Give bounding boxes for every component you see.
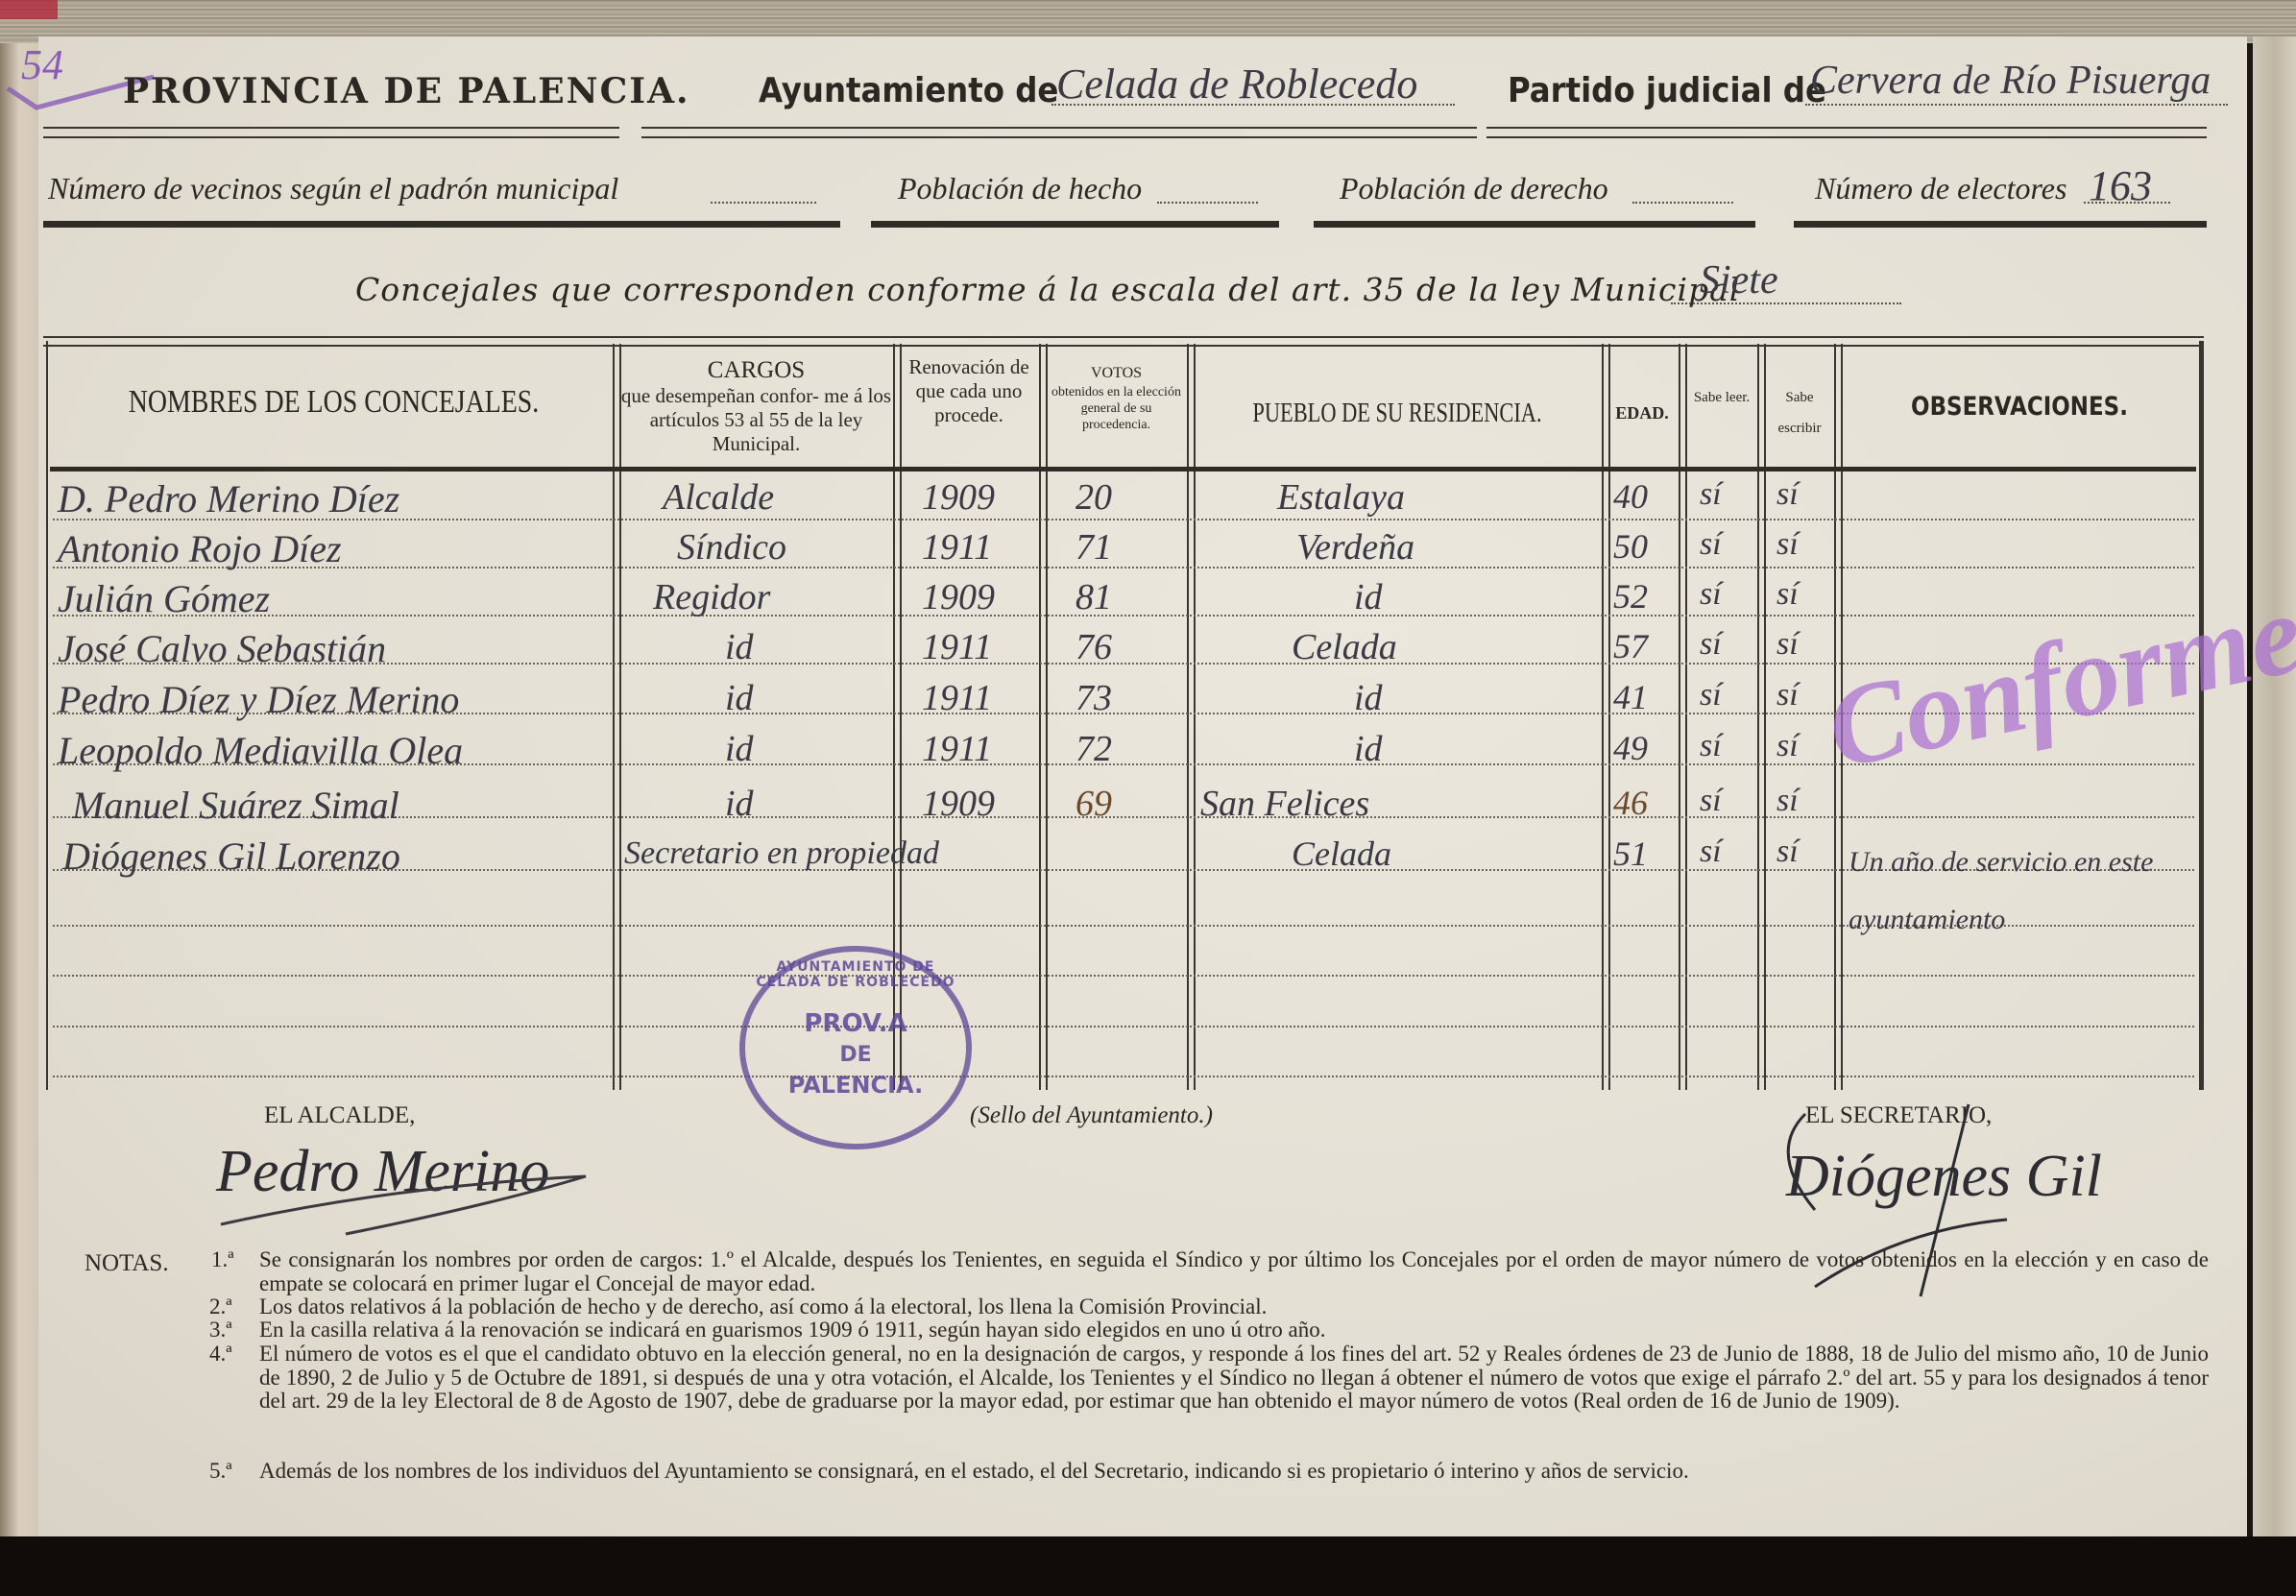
alcalde-label: EL ALCALDE, bbox=[264, 1102, 415, 1129]
cell-renovacion: 1911 bbox=[922, 526, 992, 568]
cell-edad: 51 bbox=[1613, 834, 1648, 874]
cell-edad: 52 bbox=[1613, 576, 1648, 617]
cell-renovacion: 1909 bbox=[922, 783, 995, 825]
header-edad: EDAD. bbox=[1606, 403, 1679, 423]
cell-leer: sí bbox=[1700, 677, 1722, 713]
row-line-11 bbox=[53, 1026, 2194, 1028]
partido-label: Partido judicial de bbox=[1508, 71, 1826, 110]
cell-leer: sí bbox=[1700, 476, 1722, 513]
electores-value: 163 bbox=[2089, 161, 2152, 210]
stamp-line-3: PALENCIA. bbox=[745, 1072, 966, 1099]
cell-votos: 69 bbox=[1075, 783, 1112, 825]
alcalde-signature-flourish-icon bbox=[202, 1167, 605, 1244]
cell-nombre: Leopoldo Mediavilla Olea bbox=[58, 728, 463, 773]
cell-cargo: Regidor bbox=[653, 576, 770, 618]
stamp-outer-text: AYUNTAMIENTO DE CELADA DE ROBLECEDO bbox=[745, 959, 966, 990]
cell-nombre: Julián Gómez bbox=[58, 576, 270, 621]
cell-nombre: Manuel Suárez Simal bbox=[72, 783, 399, 828]
cell-escribir: sí bbox=[1776, 626, 1799, 663]
cell-leer: sí bbox=[1700, 576, 1722, 613]
cell-escribir: sí bbox=[1776, 783, 1799, 819]
header-votos-title: VOTOS bbox=[1047, 365, 1186, 382]
cell-votos: 81 bbox=[1075, 576, 1112, 618]
cell-cargo: id bbox=[725, 783, 754, 825]
stats-rule-1 bbox=[43, 221, 840, 228]
note-text: Los datos relativos á la población de he… bbox=[259, 1295, 2209, 1319]
col-divider-3 bbox=[1039, 344, 1048, 1090]
cell-edad: 49 bbox=[1613, 728, 1648, 768]
vecinos-field bbox=[711, 202, 816, 204]
ayuntamiento-value: Celada de Roblecedo bbox=[1056, 60, 1417, 109]
cell-pueblo: Estalaya bbox=[1277, 476, 1405, 519]
stamp-line-1: PROV.A bbox=[745, 1009, 966, 1038]
cell-cargo: Alcalde bbox=[663, 476, 774, 519]
cell-nombre: Antonio Rojo Díez bbox=[58, 526, 342, 571]
cell-pueblo: Verdeña bbox=[1296, 526, 1414, 568]
cell-leer: sí bbox=[1700, 728, 1722, 764]
cell-edad: 46 bbox=[1613, 783, 1648, 823]
cell-votos: 72 bbox=[1075, 728, 1112, 770]
cell-escribir: sí bbox=[1776, 677, 1799, 713]
cell-votos: 20 bbox=[1075, 476, 1112, 519]
col-divider-6 bbox=[1679, 344, 1687, 1090]
cell-leer: sí bbox=[1700, 783, 1722, 819]
stamp-line-2: DE bbox=[745, 1043, 966, 1067]
page-stack-right-edge bbox=[2253, 36, 2296, 1563]
note-text: Además de los nombres de los individuos … bbox=[259, 1460, 2209, 1484]
row-line-2 bbox=[53, 567, 2194, 568]
col-divider-7 bbox=[1757, 344, 1766, 1090]
header-renovacion: Renovación de que cada uno procede. bbox=[901, 355, 1037, 427]
header-votos-sub: obtenidos en la elección general de su p… bbox=[1047, 384, 1186, 433]
cell-renovacion: 1909 bbox=[922, 476, 995, 519]
note-text: En la casilla relativa á la renovación s… bbox=[259, 1318, 2209, 1342]
cell-leer: sí bbox=[1700, 834, 1722, 870]
header-rule-2 bbox=[641, 127, 1477, 138]
cell-edad: 57 bbox=[1613, 626, 1648, 666]
note-text: El número de votos es el que el candidat… bbox=[259, 1342, 2209, 1414]
cell-escribir: sí bbox=[1776, 526, 1799, 563]
cell-edad: 40 bbox=[1613, 476, 1648, 517]
cell-votos: 76 bbox=[1075, 626, 1112, 668]
header-leer: Sabe leer. bbox=[1687, 382, 1756, 413]
header-rule-1 bbox=[43, 127, 619, 138]
header-cargos-sub: que desempeñan confor- me á los artículo… bbox=[619, 384, 893, 456]
cell-renovacion: 1911 bbox=[922, 677, 992, 719]
row-line-12 bbox=[53, 1076, 2194, 1077]
partido-value: Cervera de Río Pisuerga bbox=[1810, 58, 2211, 104]
cell-edad: 41 bbox=[1613, 677, 1648, 717]
vecinos-label: Número de vecinos según el padrón munici… bbox=[48, 171, 618, 206]
note-number: 2.ª bbox=[209, 1295, 232, 1319]
partido-dotted-line bbox=[1805, 104, 2228, 106]
derecho-label: Población de derecho bbox=[1340, 171, 1608, 206]
province-title: PROVINCIA DE PALENCIA. bbox=[123, 71, 690, 111]
cell-leer: sí bbox=[1700, 526, 1722, 563]
cell-nombre: Diógenes Gil Lorenzo bbox=[62, 834, 400, 879]
row-line-10 bbox=[53, 975, 2194, 977]
hecho-field bbox=[1157, 202, 1258, 204]
cell-cargo: id bbox=[725, 626, 754, 668]
cell-cargo: id bbox=[725, 728, 754, 770]
notes-section: NOTAS. 1.ª Se consignarán los nombres po… bbox=[85, 1248, 2226, 1479]
col-divider-4 bbox=[1187, 344, 1196, 1090]
header-cargos-title: CARGOS bbox=[619, 357, 893, 384]
stats-rule-4 bbox=[1794, 221, 2207, 228]
cell-renovacion: 1911 bbox=[922, 728, 992, 770]
note-number: 5.ª bbox=[209, 1460, 232, 1484]
cell-nombre: Pedro Díez y Díez Merino bbox=[58, 677, 459, 722]
row-line-3 bbox=[53, 615, 2194, 617]
cell-escribir: sí bbox=[1776, 728, 1799, 764]
header-escribir: Sabe escribir bbox=[1766, 382, 1833, 444]
cell-nombre: D. Pedro Merino Díez bbox=[58, 476, 399, 521]
red-bookmark bbox=[0, 0, 58, 19]
note-number: 4.ª bbox=[209, 1342, 232, 1366]
notes-label: NOTAS. bbox=[85, 1252, 169, 1276]
cell-renovacion: 1911 bbox=[922, 626, 992, 668]
stats-rule-3 bbox=[1314, 221, 1755, 228]
concejales-label: Concejales que corresponden conforme á l… bbox=[355, 271, 1740, 308]
cell-pueblo: id bbox=[1354, 576, 1383, 618]
cell-leer: sí bbox=[1700, 626, 1722, 663]
stats-rule-2 bbox=[871, 221, 1279, 228]
col-divider-5 bbox=[1602, 344, 1610, 1090]
header-pueblo: PUEBLO DE SU RESIDENCIA. bbox=[1235, 399, 1559, 429]
cell-votos: 73 bbox=[1075, 677, 1112, 719]
cell-edad: 50 bbox=[1613, 526, 1648, 567]
cell-escribir: sí bbox=[1776, 476, 1799, 513]
cell-pueblo: Celada bbox=[1292, 626, 1397, 668]
cell-cargo: Secretario en propiedad bbox=[624, 835, 939, 872]
sello-label: (Sello del Ayuntamiento.) bbox=[970, 1102, 1213, 1129]
cell-nombre: José Calvo Sebastián bbox=[58, 626, 386, 671]
cell-cargo: Síndico bbox=[677, 526, 786, 568]
header-observaciones: OBSERVACIONES. bbox=[1869, 392, 2171, 422]
hecho-label: Población de hecho bbox=[898, 171, 1142, 206]
cell-escribir: sí bbox=[1776, 834, 1799, 870]
table-top-rule bbox=[43, 336, 2204, 347]
ayuntamiento-label: Ayuntamiento de bbox=[759, 71, 1058, 110]
note-text: Se consignarán los nombres por orden de … bbox=[259, 1248, 2209, 1295]
ayuntamiento-stamp: AYUNTAMIENTO DE CELADA DE ROBLECEDO PROV… bbox=[739, 946, 972, 1149]
background-bottom bbox=[0, 1536, 2296, 1596]
note-number: 3.ª bbox=[209, 1318, 232, 1342]
cell-votos: 71 bbox=[1075, 526, 1112, 568]
cell-cargo: id bbox=[725, 677, 754, 719]
cell-pueblo: id bbox=[1354, 728, 1383, 770]
header-bottom-rule bbox=[50, 467, 2196, 472]
cell-pueblo: San Felices bbox=[1200, 783, 1369, 825]
header-rule-3 bbox=[1486, 127, 2207, 138]
derecho-field bbox=[1632, 202, 1733, 204]
header-nombres: NOMBRES DE LOS CONCEJALES. bbox=[108, 384, 561, 421]
cell-observaciones: Un año de servicio en este ayuntamiento bbox=[1849, 834, 2194, 949]
cell-pueblo: id bbox=[1354, 677, 1383, 719]
cell-renovacion: 1909 bbox=[922, 576, 995, 618]
concejales-value: Siete bbox=[1700, 257, 1778, 303]
electores-label: Número de electores bbox=[1815, 171, 2066, 206]
note-number: 1.ª bbox=[211, 1248, 234, 1272]
table-left-border bbox=[46, 341, 48, 1090]
cell-escribir: sí bbox=[1776, 576, 1799, 613]
cell-pueblo: Celada bbox=[1292, 834, 1391, 874]
